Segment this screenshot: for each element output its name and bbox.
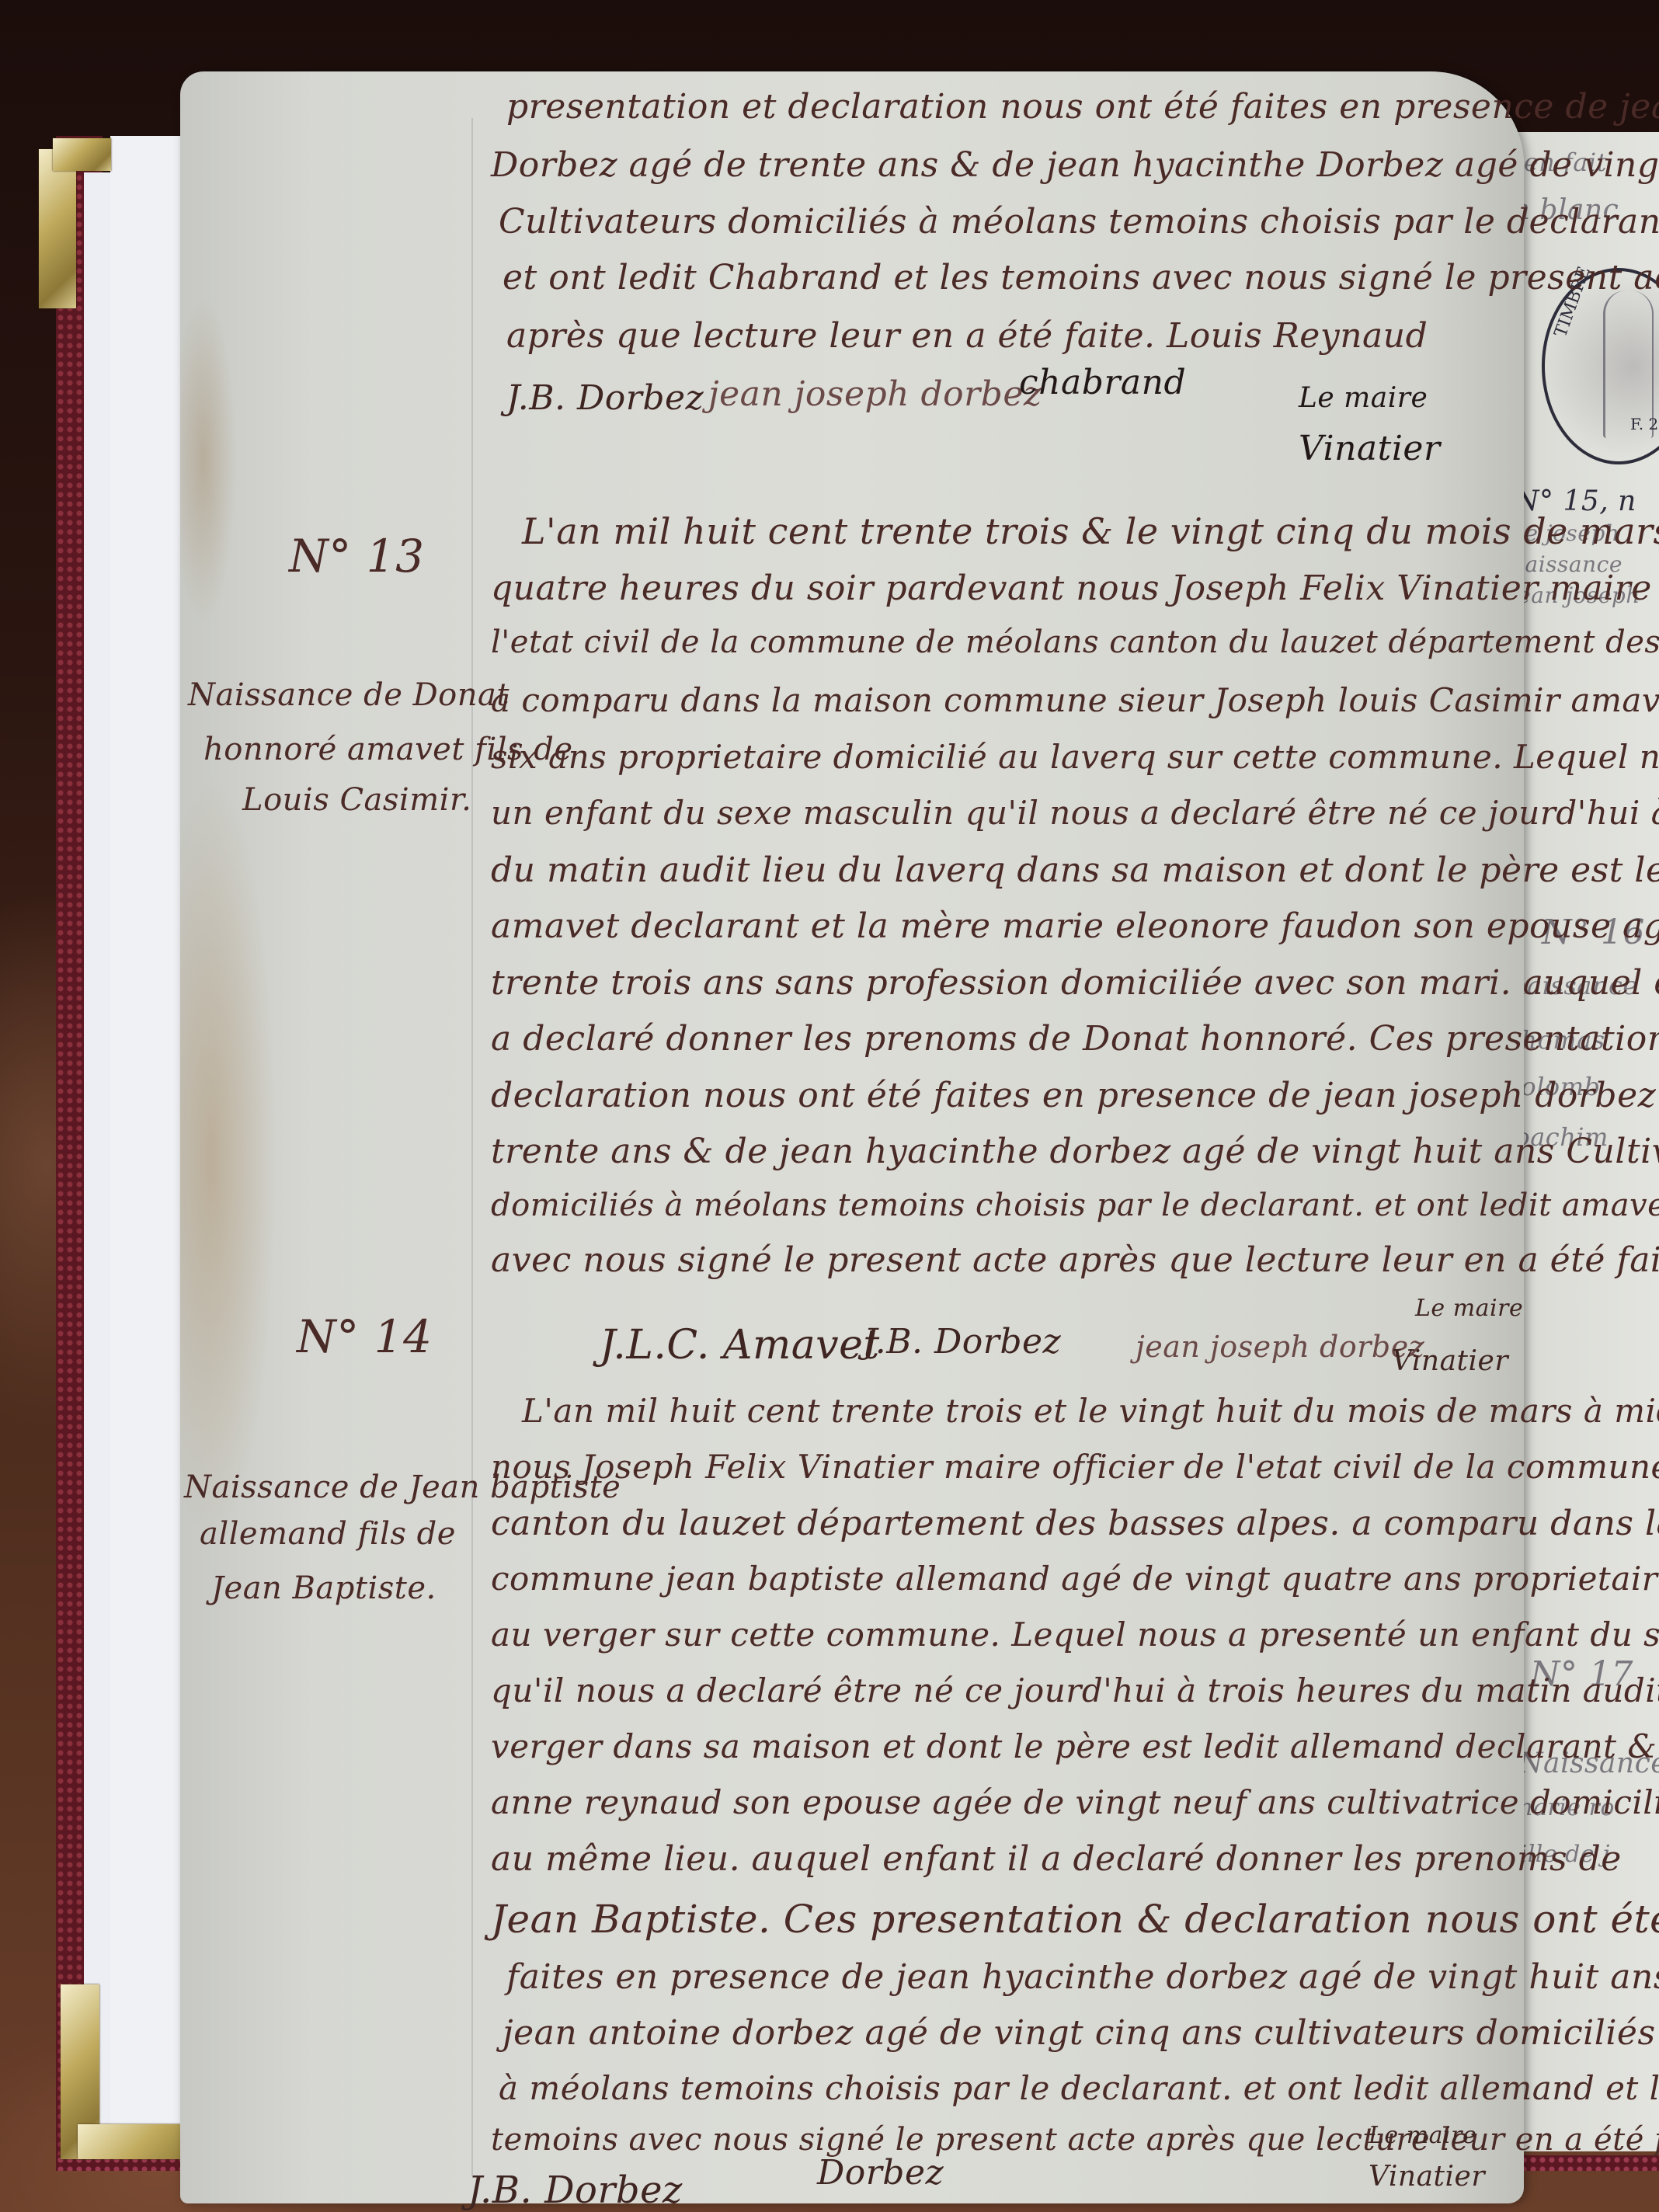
- text-line: Jean Baptiste. Ces presentation & declar…: [491, 1897, 1659, 1942]
- text-line: six ans proprietaire domicilié au laverq…: [491, 738, 1659, 776]
- mayor-title: Le maire: [1415, 1295, 1523, 1322]
- text-line: presentation et declaration nous ont été…: [506, 87, 1659, 127]
- text-line: à méolans temoins choisis par le declara…: [499, 2069, 1659, 2107]
- text-line: a declaré donner les prenoms de Donat ho…: [491, 1019, 1659, 1059]
- text-line: après que lecture leur en a été faite. L…: [506, 316, 1428, 356]
- signature: J.B. Dorbez: [468, 2169, 683, 2212]
- text-line: nous Joseph Felix Vinatier maire officie…: [491, 1448, 1659, 1486]
- text-line: du matin audit lieu du laverq dans sa ma…: [491, 850, 1659, 890]
- margin-note-line: Louis Casimir.: [242, 782, 471, 818]
- margin-note-line: Jean Baptiste.: [211, 1570, 436, 1606]
- text-line: canton du lauzet département des basses …: [491, 1504, 1659, 1543]
- text-line: trente ans & de jean hyacinthe dorbez ag…: [491, 1132, 1659, 1171]
- mayor-signature: Vinatier: [1369, 2161, 1485, 2193]
- signature: jean joseph dorbez: [1136, 1330, 1424, 1364]
- signature: J.B. Dorbez: [506, 378, 704, 418]
- entry-number: N° 13: [289, 530, 425, 583]
- entry-number: N° 14: [297, 1310, 433, 1363]
- text-line: quatre heures du soir pardevant nous Jos…: [491, 569, 1659, 608]
- margin-rule: [471, 118, 473, 2176]
- margin-note-line: allemand fils de: [200, 1516, 456, 1552]
- brass-corner-top-left-icon: [53, 138, 111, 171]
- text-line: trente trois ans sans profession domicil…: [491, 963, 1659, 1003]
- mayor-title: Le maire: [1369, 2122, 1476, 2149]
- brass-corner-top-left-icon: [39, 149, 76, 308]
- text-line: l'etat civil de la commune de méolans ca…: [491, 624, 1659, 660]
- text-line: temoins avec nous signé le present acte …: [491, 2122, 1659, 2158]
- text-line: domiciliés à méolans temoins choisis par…: [491, 1188, 1659, 1223]
- mayor-title: Le maire: [1299, 382, 1428, 414]
- mayor-signature: Vinatier: [1299, 429, 1440, 468]
- text-line: au même lieu. auquel enfant il a declaré…: [491, 1839, 1622, 1879]
- text-line: verger dans sa maison et dont le père es…: [491, 1727, 1659, 1765]
- text-line: et ont ledit Chabrand et les temoins ave…: [503, 258, 1659, 297]
- signature: jean joseph dorbez: [708, 374, 1042, 414]
- signature: Dorbez: [817, 2153, 944, 2193]
- text-line: declaration nous ont été faites en prese…: [491, 1076, 1659, 1115]
- text-line: avec nous signé le present acte après qu…: [491, 1240, 1659, 1280]
- text-line: au verger sur cette commune. Lequel nous…: [491, 1616, 1659, 1654]
- signature: J.B. Dorbez: [864, 1322, 1061, 1362]
- register-page: presentation et declaration nous ont été…: [180, 71, 1524, 2203]
- text-line: qu'il nous a declaré être né ce jourd'hu…: [491, 1671, 1659, 1709]
- text-line: commune jean baptiste allemand agé de vi…: [491, 1560, 1659, 1598]
- text-line: Dorbez agé de trente ans & de jean hyaci…: [491, 145, 1659, 185]
- text-line: amavet declarant et la mère marie eleono…: [491, 906, 1659, 946]
- text-line: jean antoine dorbez agé de vingt cinq an…: [503, 2013, 1656, 2053]
- text-line: L'an mil huit cent trente trois et le vi…: [522, 1392, 1659, 1430]
- text-line: faites en presence de jean hyacinthe dor…: [506, 1957, 1659, 1997]
- stamp-value: F. 25: [1630, 415, 1659, 433]
- text-line: Cultivateurs domiciliés à méolans temoin…: [499, 202, 1659, 242]
- text-line: a comparu dans la maison commune sieur J…: [491, 681, 1659, 719]
- margin-note-line: Naissance de Donat: [188, 677, 510, 713]
- signature: chabrand: [1019, 363, 1186, 402]
- signature: J.L.C. Amavet: [600, 1322, 880, 1369]
- text-line: anne reynaud son epouse agée de vingt ne…: [491, 1783, 1659, 1821]
- text-line: un enfant du sexe masculin qu'il nous a …: [491, 794, 1659, 832]
- text-line: L'an mil huit cent trente trois & le vin…: [522, 510, 1659, 552]
- mayor-signature: Vinatier: [1392, 1345, 1508, 1377]
